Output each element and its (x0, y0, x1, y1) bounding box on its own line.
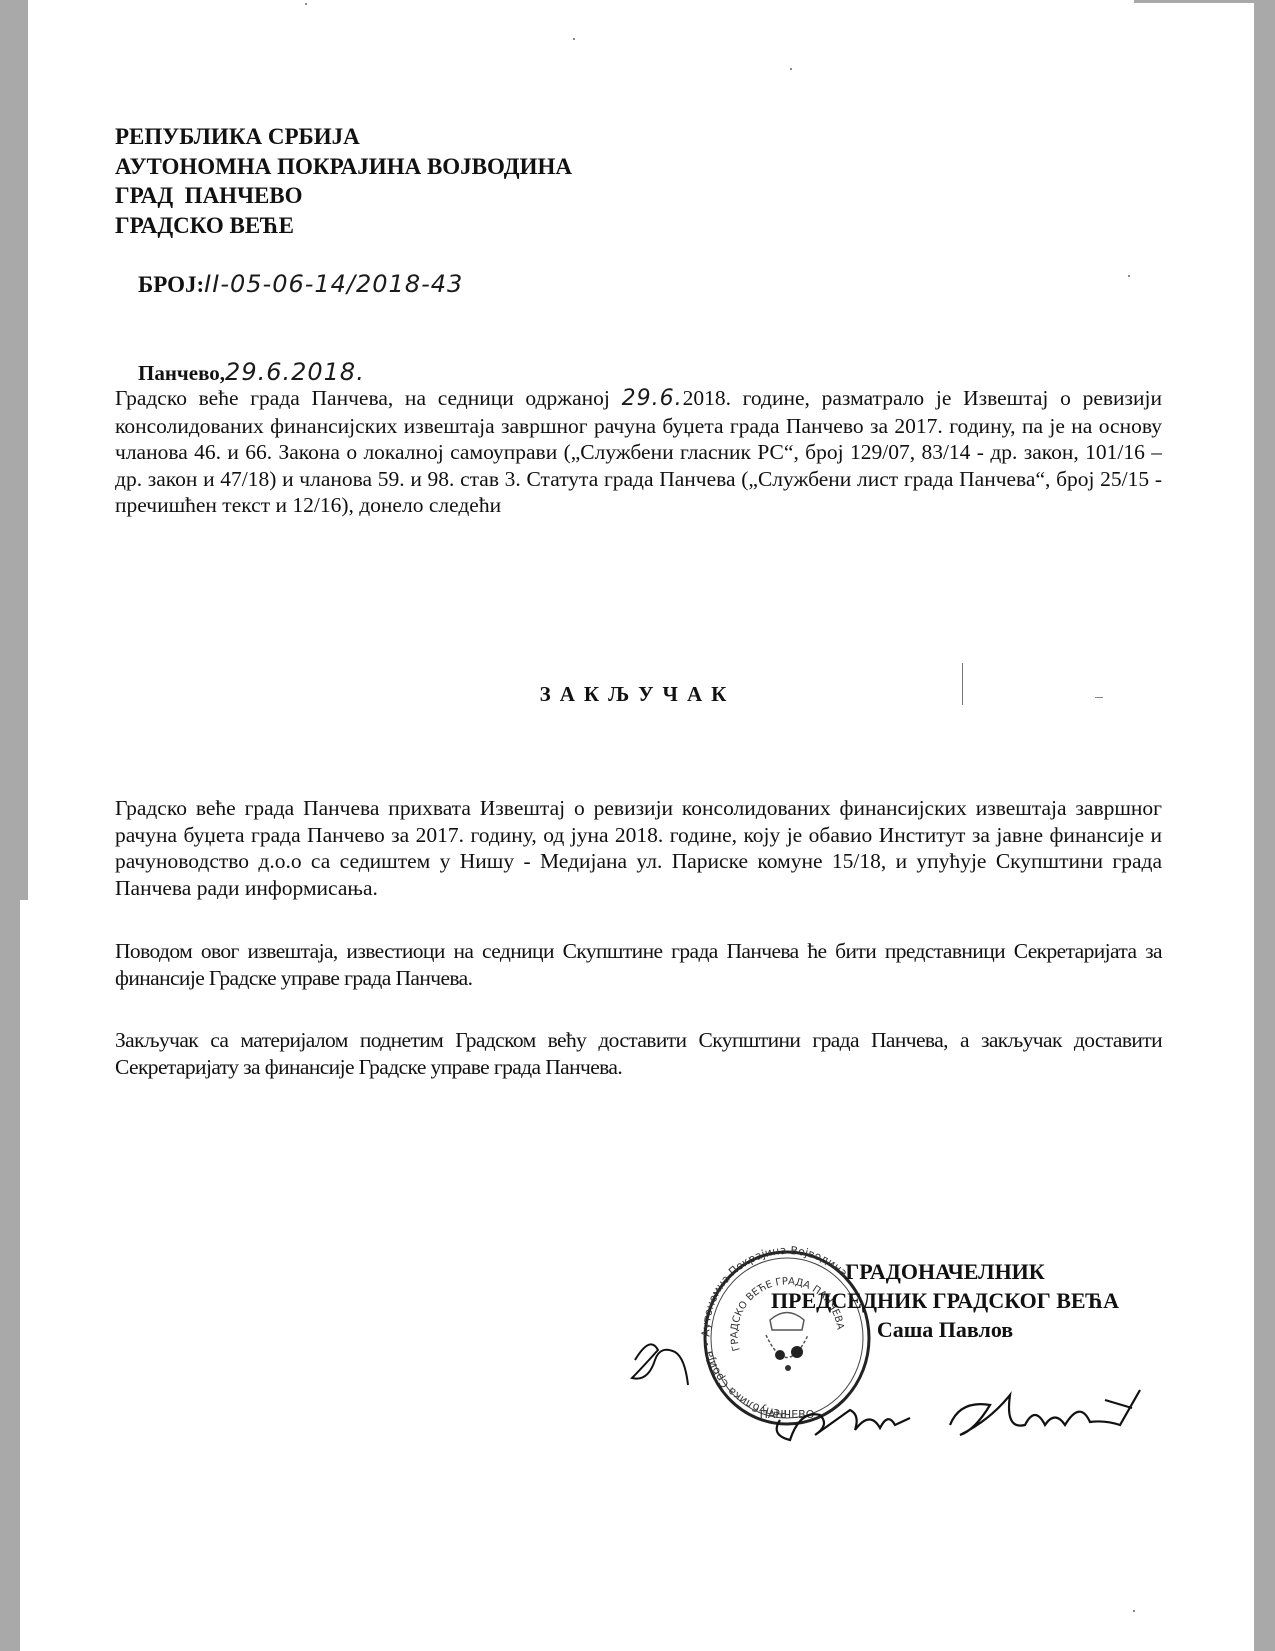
scan-artifact-line (962, 663, 963, 705)
document-number-value: II-05-06-14/2018-43 (204, 270, 463, 298)
header-line-province: АУТОНОМНА ПОКРАЈИНА ВОЈВОДИНА (115, 152, 572, 182)
scan-speck (1133, 1610, 1135, 1612)
signature-block: ГРАДОНАЧЕЛНИК ПРЕДСЕДНИК ГРАДСКОГ ВЕЋА С… (735, 1257, 1155, 1344)
document-date-value: 29.6.2018. (225, 358, 365, 386)
document-place-label: Панчево, (138, 361, 225, 385)
intro-paragraph: Градско веће града Панчева, на седници о… (115, 385, 1162, 519)
scan-border-right-top (1134, 0, 1254, 3)
scan-speck (573, 38, 575, 40)
document-title: ЗАКЉУЧАК (0, 682, 1275, 707)
body-paragraph-2: Поводом овог извештаја, известиоци на се… (115, 938, 1162, 991)
document-header: РЕПУБЛИКА СРБИЈА АУТОНОМНА ПОКРАЈИНА ВОЈ… (115, 122, 572, 418)
handwritten-signature (760, 1380, 1150, 1450)
signatory-title-president: ПРЕДСЕДНИК ГРАДСКОГ ВЕЋА (735, 1286, 1155, 1315)
scan-border-right (1254, 0, 1275, 1651)
handwritten-initial (630, 1330, 710, 1390)
scan-speck (305, 3, 307, 5)
scan-speck (1128, 275, 1130, 277)
document-number: БРОЈ:II-05-06-14/2018-43 (115, 240, 572, 329)
header-line-republic: РЕПУБЛИКА СРБИЈА (115, 122, 572, 152)
scan-border-left-upper (0, 0, 28, 900)
signatory-name: Саша Павлов (735, 1315, 1155, 1344)
header-line-council: ГРАДСКО ВЕЋЕ (115, 211, 572, 241)
intro-handwritten-date: 29.6. (622, 386, 683, 411)
signatory-title-mayor: ГРАДОНАЧЕЛНИК (735, 1257, 1155, 1286)
document-number-label: БРОЈ: (138, 272, 204, 297)
body-paragraph-1: Градско веће града Панчева прихвата Изве… (115, 795, 1162, 901)
scan-speck (790, 68, 792, 70)
body-paragraph-3: Закључак са материјалом поднетим Градско… (115, 1027, 1162, 1080)
header-line-city: ГРАД ПАНЧЕВО (115, 181, 572, 211)
intro-text-before-date: Градско веће града Панчева, на седници о… (115, 386, 622, 410)
